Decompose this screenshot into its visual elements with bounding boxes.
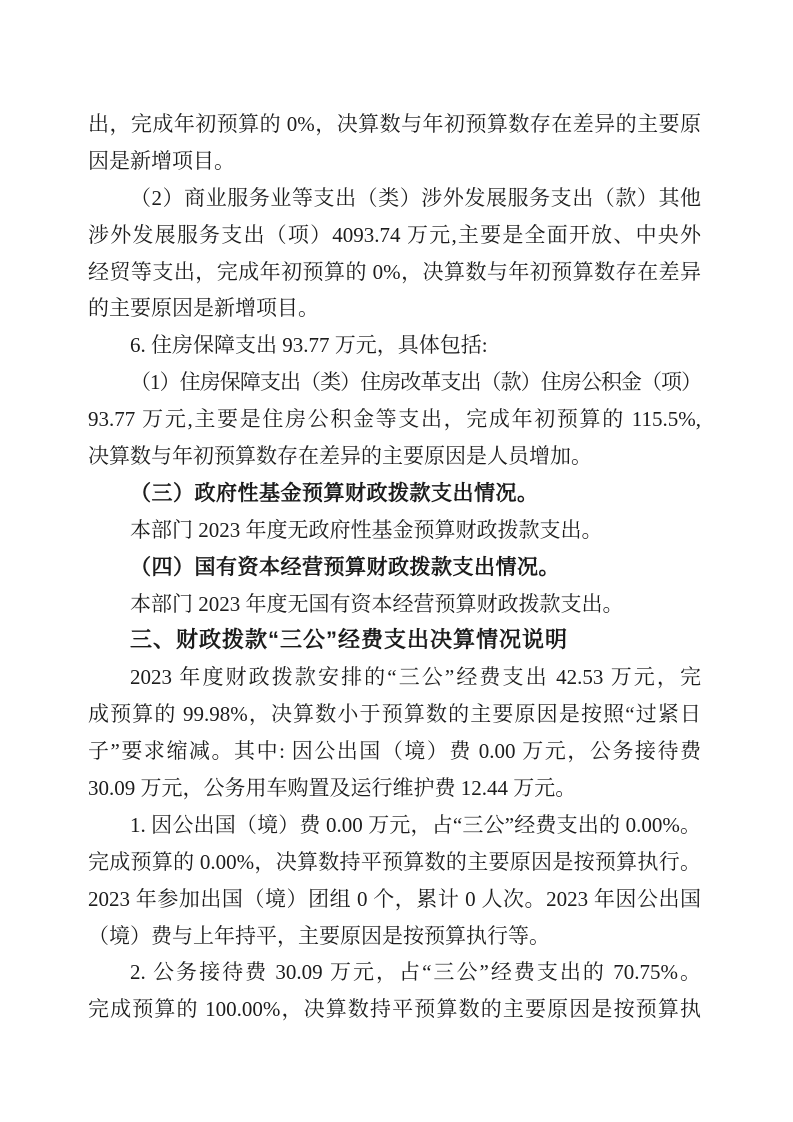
- document-body: 出，完成年初预算的 0%，决算数与年初预算数存在差异的主要原因是新增项目。（2）…: [88, 106, 701, 1028]
- text-line: 完成预算的 0.00%，决算数持平预算数的主要原因是按预算执行。: [88, 844, 701, 881]
- text-line: 涉外发展服务支出（项）4093.74 万元,主要是全面开放、中央外: [88, 217, 701, 254]
- text-line: 本部门 2023 年度无政府性基金预算财政拨款支出。: [88, 512, 701, 549]
- text-line: 决算数与年初预算数存在差异的主要原因是人员增加。: [88, 438, 701, 475]
- text-line: 本部门 2023 年度无国有资本经营预算财政拨款支出。: [88, 586, 701, 623]
- text-line: 出，完成年初预算的 0%，决算数与年初预算数存在差异的主要原: [88, 106, 701, 143]
- text-line: 30.09 万元，公务用车购置及运行维护费 12.44 万元。: [88, 770, 701, 807]
- text-line: 成预算的 99.98%，决算数小于预算数的主要原因是按照“过紧日: [88, 696, 701, 733]
- text-line: 经贸等支出，完成年初预算的 0%，决算数与年初预算数存在差异: [88, 254, 701, 291]
- text-line: 1. 因公出国（境）费 0.00 万元，占“三公”经费支出的 0.00%。: [88, 807, 701, 844]
- text-line: 6. 住房保障支出 93.77 万元，具体包括:: [88, 327, 701, 364]
- text-line: 2023 年度财政拨款安排的“三公”经费支出 42.53 万元，完: [88, 659, 701, 696]
- text-line: 2023 年参加出国（境）团组 0 个，累计 0 人次。2023 年因公出国: [88, 881, 701, 918]
- text-line: 完成预算的 100.00%，决算数持平预算数的主要原因是按预算执: [88, 991, 701, 1028]
- heading-line: （四）国有资本经营预算财政拨款支出情况。: [88, 549, 701, 586]
- text-line: （1）住房保障支出（类）住房改革支出（款）住房公积金（项）: [88, 364, 701, 401]
- text-line: 子”要求缩减。其中: 因公出国（境）费 0.00 万元，公务接待费: [88, 733, 701, 770]
- heading-line: 三、财政拨款“三公”经费支出决算情况说明: [88, 622, 701, 659]
- text-line: （境）费与上年持平，主要原因是按预算执行等。: [88, 918, 701, 955]
- text-line: 因是新增项目。: [88, 143, 701, 180]
- text-line: 2. 公务接待费 30.09 万元，占“三公”经费支出的 70.75%。: [88, 954, 701, 991]
- text-line: 的主要原因是新增项目。: [88, 290, 701, 327]
- text-line: （2）商业服务业等支出（类）涉外发展服务支出（款）其他: [88, 180, 701, 217]
- document-page: 出，完成年初预算的 0%，决算数与年初预算数存在差异的主要原因是新增项目。（2）…: [0, 0, 793, 1122]
- heading-line: （三）政府性基金预算财政拨款支出情况。: [88, 475, 701, 512]
- text-line: 93.77 万元,主要是住房公积金等支出，完成年初预算的 115.5%,: [88, 401, 701, 438]
